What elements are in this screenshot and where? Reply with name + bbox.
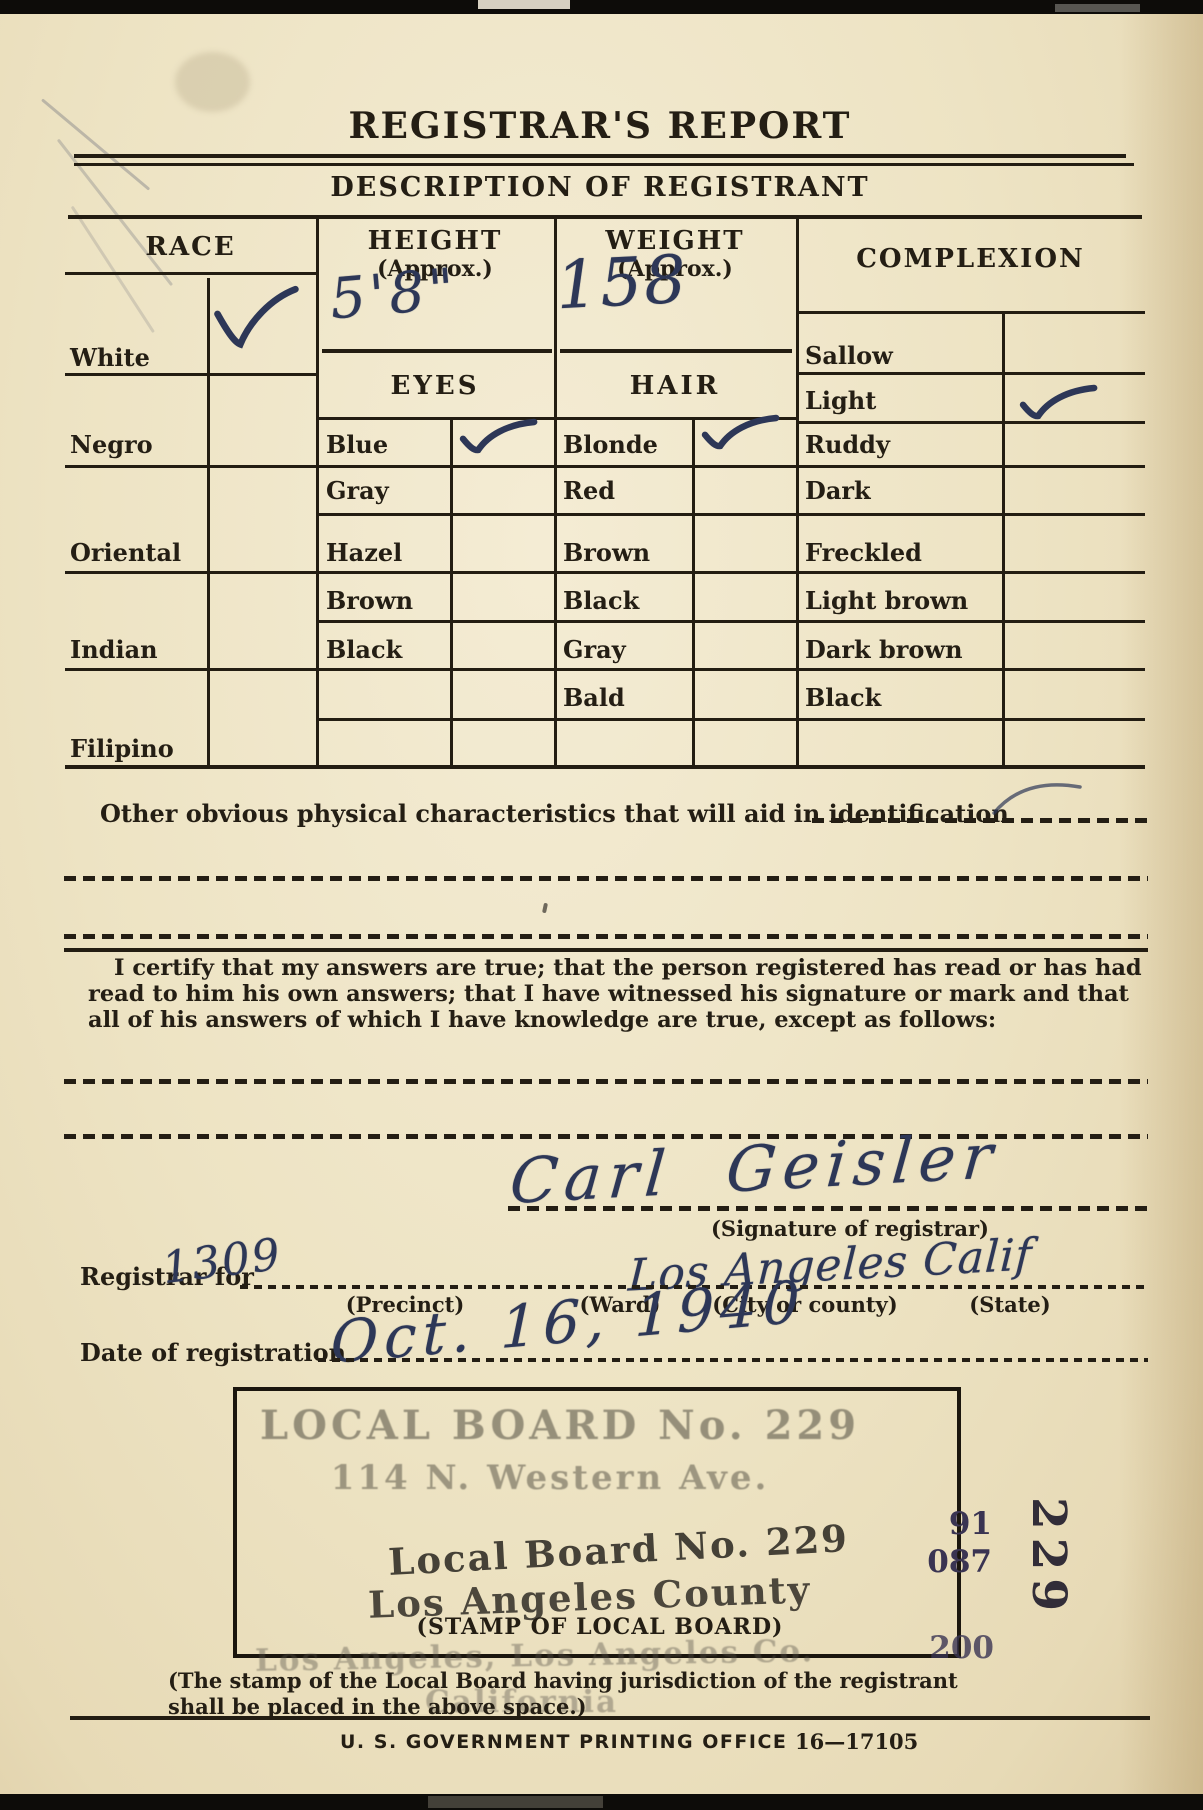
complexion-option-freckled: Freckled xyxy=(805,538,922,567)
certification-text: I certify that my answers are true; that… xyxy=(88,955,1150,1033)
hair-option-brown: Brown xyxy=(563,538,650,567)
title-double-rule-bottom xyxy=(74,163,1134,166)
table-line xyxy=(65,668,1145,671)
ink-squiggle xyxy=(990,773,1085,818)
race-option-negro: Negro xyxy=(70,430,153,459)
hair-option-bald: Bald xyxy=(563,683,625,712)
stamp-address-faded: 114 N. Western Ave. xyxy=(300,1458,800,1498)
race-option-white: White xyxy=(70,343,150,372)
eyes-option-black: Black xyxy=(326,635,402,664)
form-number: 16—17105 xyxy=(795,1729,918,1754)
footer-rule xyxy=(70,1716,1150,1720)
scan-edge-bottom-gap xyxy=(428,1796,603,1808)
date-of-registration-label: Date of registration xyxy=(80,1338,346,1367)
table-divider xyxy=(692,417,695,765)
paper-stain xyxy=(175,52,250,112)
fill-in-line xyxy=(812,818,1148,823)
eyes-option-hazel: Hazel xyxy=(326,538,402,567)
table-divider xyxy=(450,417,453,765)
stamp-number: 91 xyxy=(930,1506,992,1542)
complexion-option-dark-brown: Dark brown xyxy=(805,635,963,664)
ink-speck xyxy=(542,903,548,914)
table-line xyxy=(316,513,1145,516)
section-rule xyxy=(68,215,1142,219)
pencil-scribble xyxy=(71,206,155,333)
complexion-option-light: Light xyxy=(805,386,876,415)
hair-header: HAIR xyxy=(554,371,796,401)
complexion-option-sallow: Sallow xyxy=(805,341,893,370)
scan-edge-top-gap xyxy=(478,0,570,9)
table-divider xyxy=(1002,311,1005,765)
hair-option-gray: Gray xyxy=(563,635,626,664)
section-title: DESCRIPTION OF REGISTRANT xyxy=(30,172,1170,203)
stamp-number: 200 xyxy=(920,1630,994,1666)
fill-in-line xyxy=(64,934,1148,939)
table-line xyxy=(796,372,1145,375)
table-line xyxy=(560,349,792,353)
other-characteristics-label: Other obvious physical characteristics t… xyxy=(100,799,1009,828)
complexion-option-ruddy: Ruddy xyxy=(805,430,890,459)
stamp-local-board-faded: LOCAL BOARD No. 229 xyxy=(260,1402,860,1449)
stamp-instruction-line1: (The stamp of the Local Board having jur… xyxy=(168,1668,958,1693)
eyes-header: EYES xyxy=(316,371,554,401)
height-header: HEIGHT xyxy=(316,226,554,256)
table-divider xyxy=(796,216,799,765)
race-option-indian: Indian xyxy=(70,635,158,664)
scan-edge-top xyxy=(0,0,1203,14)
eyes-option-brown: Brown xyxy=(326,586,413,615)
fill-in-line xyxy=(318,1358,1148,1362)
race-option-oriental: Oriental xyxy=(70,538,181,567)
hair-option-black: Black xyxy=(563,586,639,615)
checkmark-race-white xyxy=(208,280,303,364)
table-line xyxy=(322,349,552,353)
height-value-handwritten: 5'8" xyxy=(327,257,461,333)
section-rule xyxy=(64,948,1148,952)
fill-in-line xyxy=(64,876,1148,881)
printer-imprint: U. S. GOVERNMENT PRINTING OFFICE xyxy=(340,1731,787,1753)
table-line xyxy=(316,620,1145,623)
signature-line xyxy=(508,1206,1148,1211)
registrars-report-document: REGISTRAR'S REPORT DESCRIPTION OF REGIST… xyxy=(0,0,1203,1810)
table-line xyxy=(65,465,1145,468)
table-line xyxy=(65,272,316,275)
table-line xyxy=(65,571,1145,574)
eyes-option-blue: Blue xyxy=(326,430,388,459)
checkmark-eyes-blue xyxy=(458,418,540,458)
race-option-filipino: Filipino xyxy=(70,734,174,763)
hair-option-blonde: Blonde xyxy=(563,430,658,459)
eyes-option-gray: Gray xyxy=(326,476,389,505)
state-caption: (State) xyxy=(940,1292,1080,1317)
race-header: RACE xyxy=(65,232,316,262)
fill-in-line xyxy=(64,1079,1148,1084)
checkmark-complexion-light xyxy=(1018,384,1100,424)
complexion-option-light-brown: Light brown xyxy=(805,586,968,615)
checkmark-hair-blonde xyxy=(700,414,782,454)
table-line xyxy=(796,311,1145,314)
table-bottom-rule xyxy=(65,765,1145,769)
stamp-number: 087 xyxy=(918,1544,992,1580)
table-divider xyxy=(316,216,319,765)
stamp-number-vertical: 229 xyxy=(1024,1493,1076,1623)
title-double-rule-top xyxy=(74,154,1126,158)
table-line xyxy=(316,718,1145,721)
table-line xyxy=(65,373,316,376)
complexion-option-black: Black xyxy=(805,683,881,712)
scan-edge-top-gap2 xyxy=(1055,4,1140,12)
weight-value-handwritten: 158 xyxy=(554,241,690,325)
complexion-header: COMPLEXION xyxy=(796,244,1145,274)
page-title: REGISTRAR'S REPORT xyxy=(30,105,1170,147)
complexion-option-dark: Dark xyxy=(805,476,871,505)
hair-option-red: Red xyxy=(563,476,615,505)
